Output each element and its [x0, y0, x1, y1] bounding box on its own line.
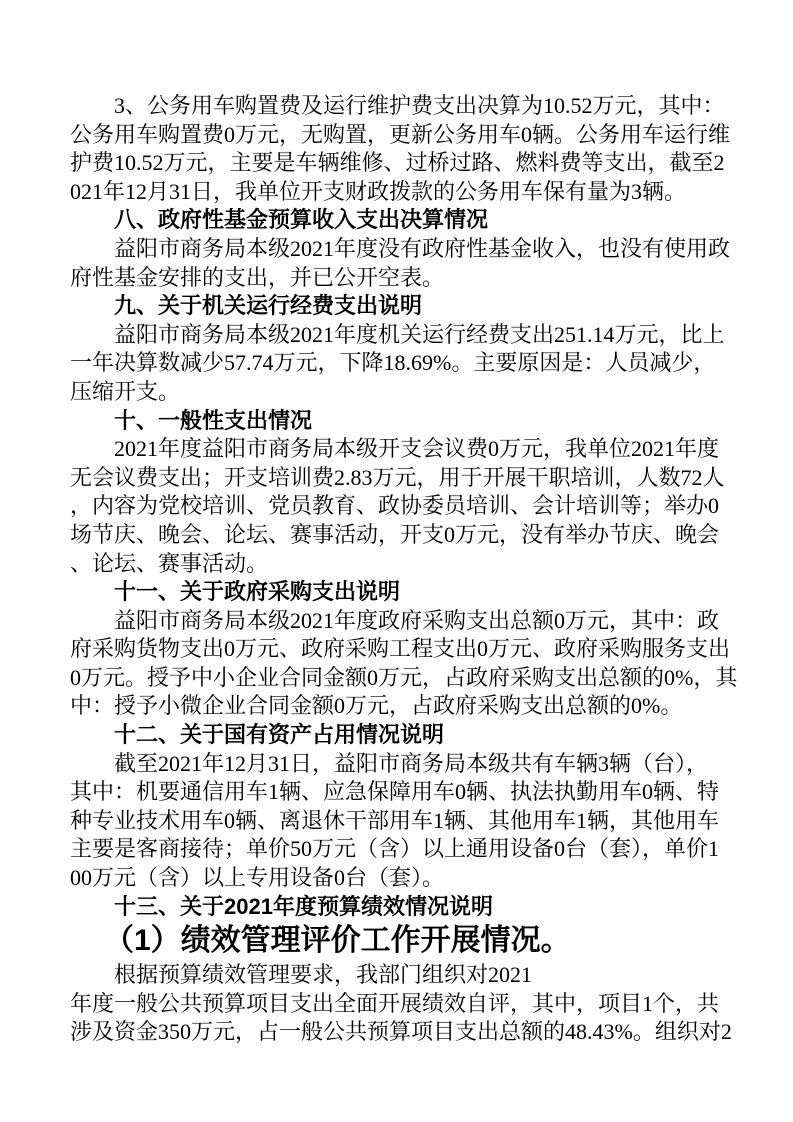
section-heading-agency-operating-expenses: 九、关于机关运行经费支出说明 [70, 292, 760, 321]
paragraph-agency-operating-expenses: 益阳市商务局本级2021年度机关运行经费支出251.14万元，比上 一年决算数减… [70, 321, 760, 407]
paragraph-performance-self-evaluation: 根据预算绩效管理要求，我部门组织对2021 年度一般公共预算项目支出全面开展绩效… [70, 961, 760, 1047]
subsection-heading-performance-evaluation: （1）绩效管理评价工作开展情况。 [70, 921, 760, 961]
section-heading-budget-performance: 十三、关于2021年度预算绩效情况说明 [70, 893, 760, 922]
section-heading-state-owned-assets: 十二、关于国有资产占用情况说明 [70, 721, 760, 750]
section-heading-general-expenditure: 十、一般性支出情况 [70, 407, 760, 436]
section-heading-government-fund-budget: 八、政府性基金预算收入支出决算情况 [70, 206, 760, 235]
paragraph-general-expenditure: 2021年度益阳市商务局本级开支会议费0万元，我单位2021年度 无会议费支出；… [70, 435, 760, 578]
document-page: 3、公务用车购置费及运行维护费支出决算为10.52万元，其中： 公务用车购置费0… [0, 0, 793, 1122]
paragraph-official-vehicle-expenses: 3、公务用车购置费及运行维护费支出决算为10.52万元，其中： 公务用车购置费0… [70, 92, 760, 206]
paragraph-government-fund-budget: 益阳市商务局本级2021年度没有政府性基金收入，也没有使用政 府性基金安排的支出… [70, 235, 760, 292]
paragraph-state-owned-assets: 截至2021年12月31日，益阳市商务局本级共有车辆3辆（台）， 其中：机要通信… [70, 750, 760, 893]
paragraph-government-procurement: 益阳市商务局本级2021年度政府采购支出总额0万元，其中：政 府采购货物支出0万… [70, 607, 760, 721]
section-heading-government-procurement: 十一、关于政府采购支出说明 [70, 578, 760, 607]
document-content: 3、公务用车购置费及运行维护费支出决算为10.52万元，其中： 公务用车购置费0… [70, 92, 760, 1047]
